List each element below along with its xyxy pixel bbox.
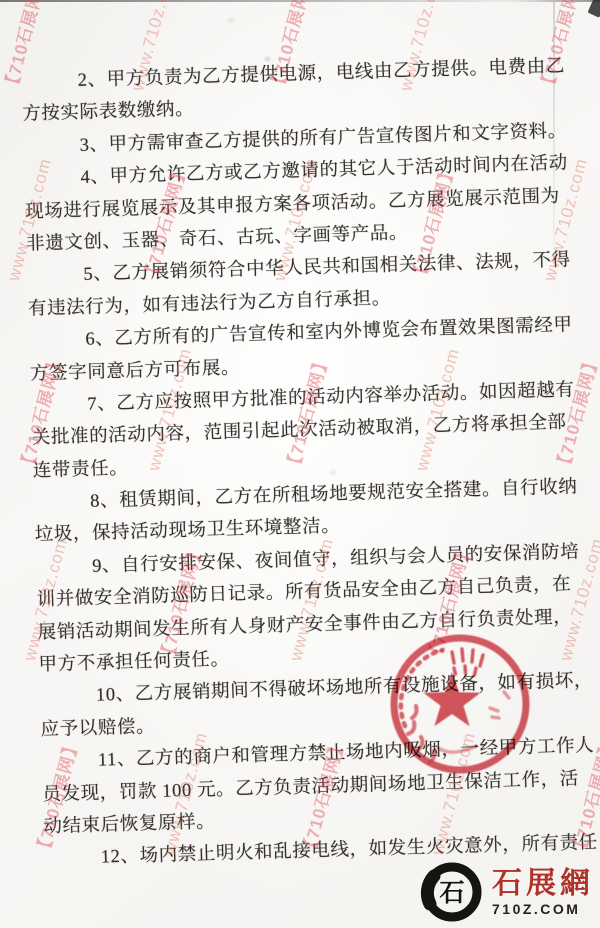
logo-glyph: 石: [439, 879, 464, 907]
logo-title: 石展網: [492, 869, 594, 899]
scanned-contract-page: 【710石展网】www.710z.com【710石展网】www.710z.com…: [0, 0, 600, 928]
site-logo: 石 石展網 710Z.COM: [420, 860, 594, 924]
scan-top-edge-artifact: [0, 0, 600, 2]
logo-domain: 710Z.COM: [492, 902, 580, 916]
star-icon: [423, 672, 480, 726]
scan-corner-artifact: [587, 0, 600, 18]
seal-bottom-marks: [438, 746, 476, 752]
official-seal-stamp: [378, 622, 546, 790]
logo-enso-icon: 石: [420, 860, 484, 924]
seal-script-marks: [452, 649, 483, 675]
scan-speck: [228, 18, 234, 23]
seal-right-marks: [490, 692, 509, 718]
